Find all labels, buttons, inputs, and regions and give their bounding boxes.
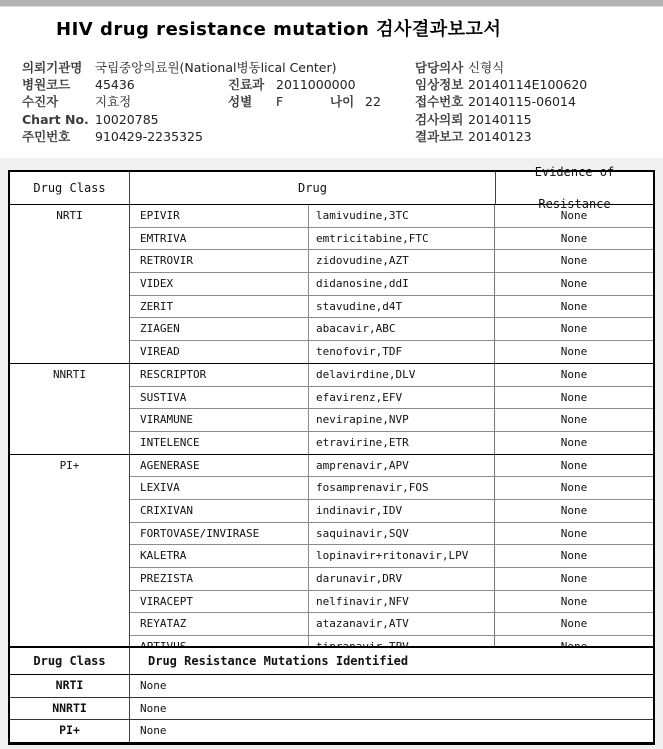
resident-no-value: 910429-2235325 bbox=[95, 129, 203, 145]
chart-no-label: Chart No. bbox=[22, 112, 89, 128]
table-row: LEXIVAfosamprenavir,FOSNone bbox=[130, 477, 653, 500]
evidence-cell: None bbox=[495, 500, 653, 522]
department-label: 진료과 bbox=[228, 77, 264, 93]
mutations-cell: None bbox=[130, 720, 653, 742]
test-requested-value: 20140115 bbox=[468, 112, 532, 128]
drug-class-cell: NNRTI bbox=[10, 698, 130, 720]
generic-name-cell: nelfinavir,NFV bbox=[309, 591, 495, 613]
window-top-bar bbox=[0, 0, 663, 7]
generic-name-cell: nevirapine,NVP bbox=[309, 409, 495, 431]
hospital-code-label: 병원코드 bbox=[22, 77, 70, 93]
brand-name-cell: PREZISTA bbox=[130, 568, 309, 590]
table-row: ZIAGENabacavir,ABCNone bbox=[130, 318, 653, 341]
sex-value: F bbox=[276, 94, 283, 110]
mutations-cell: None bbox=[130, 675, 653, 697]
header-mutations: Drug Resistance Mutations Identified bbox=[130, 648, 653, 674]
brand-name-cell: ZIAGEN bbox=[130, 318, 309, 340]
evidence-cell: None bbox=[495, 545, 653, 567]
department-value: 2011000000 bbox=[276, 77, 356, 93]
brand-name-cell: VIRAMUNE bbox=[130, 409, 309, 431]
drug-class-group: NNRTIRESCRIPTORdelavirdine,DLVNoneSUSTIV… bbox=[10, 364, 653, 455]
requesting-org-value: 국립중앙의료원(National병동lical Center) bbox=[95, 60, 337, 76]
brand-name-cell: CRIXIVAN bbox=[130, 500, 309, 522]
generic-name-cell: didanosine,ddI bbox=[309, 273, 495, 295]
drug-class-cell: NRTI bbox=[10, 205, 130, 363]
header-drug-class: Drug Class bbox=[10, 648, 130, 674]
table-row: AGENERASEamprenavir,APVNone bbox=[130, 455, 653, 478]
generic-name-cell: fosamprenavir,FOS bbox=[309, 477, 495, 499]
brand-name-cell: AGENERASE bbox=[130, 455, 309, 477]
generic-name-cell: etravirine,ETR bbox=[309, 432, 495, 454]
drug-rows: AGENERASEamprenavir,APVNoneLEXIVAfosampr… bbox=[130, 455, 653, 658]
brand-name-cell: KALETRA bbox=[130, 545, 309, 567]
age-value: 22 bbox=[365, 94, 381, 110]
age-label: 나이 bbox=[330, 94, 354, 110]
generic-name-cell: darunavir,DRV bbox=[309, 568, 495, 590]
mutations-table-header: Drug Class Drug Resistance Mutations Ide… bbox=[10, 648, 653, 675]
chart-no-value: 10020785 bbox=[95, 112, 159, 128]
resistance-table-header: Drug Class Drug Evidence of Resistance bbox=[10, 172, 653, 205]
generic-name-cell: amprenavir,APV bbox=[309, 455, 495, 477]
evidence-cell: None bbox=[495, 250, 653, 272]
evidence-cell: None bbox=[495, 591, 653, 613]
report-page: { "title": "HIV drug resistance mutation… bbox=[0, 0, 663, 749]
brand-name-cell: EPIVIR bbox=[130, 205, 309, 227]
evidence-cell: None bbox=[495, 205, 653, 227]
table-row: KALETRAlopinavir+ritonavir,LPVNone bbox=[130, 545, 653, 568]
clinical-info-value: 20140114E100620 bbox=[468, 77, 587, 93]
doctor-value: 신형식 bbox=[468, 60, 504, 76]
evidence-cell: None bbox=[495, 523, 653, 545]
table-row: VIREADtenofovir,TDFNone bbox=[130, 341, 653, 363]
page-title: HIV drug resistance mutation 검사결과보고서 bbox=[56, 15, 616, 41]
mutations-table: Drug Class Drug Resistance Mutations Ide… bbox=[8, 646, 655, 745]
evidence-cell: None bbox=[495, 296, 653, 318]
brand-name-cell: LEXIVA bbox=[130, 477, 309, 499]
table-row: PREZISTAdarunavir,DRVNone bbox=[130, 568, 653, 591]
evidence-cell: None bbox=[495, 568, 653, 590]
patient-name-value: 지효정 bbox=[95, 94, 131, 110]
generic-name-cell: zidovudine,AZT bbox=[309, 250, 495, 272]
brand-name-cell: FORTOVASE/INVIRASE bbox=[130, 523, 309, 545]
evidence-cell: None bbox=[495, 364, 653, 386]
evidence-cell: None bbox=[495, 477, 653, 499]
hospital-code-value: 45436 bbox=[95, 77, 135, 93]
header-drug-class: Drug Class bbox=[10, 172, 130, 204]
table-row: CRIXIVANindinavir,IDVNone bbox=[130, 500, 653, 523]
brand-name-cell: ZERIT bbox=[130, 296, 309, 318]
evidence-cell: None bbox=[495, 318, 653, 340]
table-row: VIRAMUNEnevirapine,NVPNone bbox=[130, 409, 653, 432]
drug-class-group: NRTIEPIVIRlamivudine,3TCNoneEMTRIVAemtri… bbox=[10, 205, 653, 364]
drug-rows: EPIVIRlamivudine,3TCNoneEMTRIVAemtricita… bbox=[130, 205, 653, 363]
drug-class-cell: PI+ bbox=[10, 720, 130, 742]
table-row: ZERITstavudine,d4TNone bbox=[130, 296, 653, 319]
generic-name-cell: stavudine,d4T bbox=[309, 296, 495, 318]
table-row: NRTINone bbox=[10, 675, 653, 698]
table-row: EPIVIRlamivudine,3TCNone bbox=[130, 205, 653, 228]
requesting-org-label: 의뢰기관명 bbox=[22, 60, 82, 76]
header-drug: Drug bbox=[130, 172, 496, 204]
brand-name-cell: REYATAZ bbox=[130, 613, 309, 635]
evidence-cell: None bbox=[495, 341, 653, 363]
brand-name-cell: VIRACEPT bbox=[130, 591, 309, 613]
brand-name-cell: VIDEX bbox=[130, 273, 309, 295]
evidence-cell: None bbox=[495, 387, 653, 409]
generic-name-cell: emtricitabine,FTC bbox=[309, 228, 495, 250]
sex-label: 성별 bbox=[228, 94, 252, 110]
table-row: VIRACEPTnelfinavir,NFVNone bbox=[130, 591, 653, 614]
brand-name-cell: INTELENCE bbox=[130, 432, 309, 454]
brand-name-cell: VIREAD bbox=[130, 341, 309, 363]
generic-name-cell: lamivudine,3TC bbox=[309, 205, 495, 227]
table-row: FORTOVASE/INVIRASEsaquinavir,SQVNone bbox=[130, 523, 653, 546]
result-reported-label: 결과보고 bbox=[415, 129, 463, 145]
generic-name-cell: atazanavir,ATV bbox=[309, 613, 495, 635]
drug-class-cell: NNRTI bbox=[10, 364, 130, 454]
table-row: NNRTINone bbox=[10, 698, 653, 721]
generic-name-cell: saquinavir,SQV bbox=[309, 523, 495, 545]
table-row: RETROVIRzidovudine,AZTNone bbox=[130, 250, 653, 273]
generic-name-cell: tenofovir,TDF bbox=[309, 341, 495, 363]
brand-name-cell: RESCRIPTOR bbox=[130, 364, 309, 386]
doctor-label: 담당의사 bbox=[415, 60, 463, 76]
generic-name-cell: abacavir,ABC bbox=[309, 318, 495, 340]
table-row: VIDEXdidanosine,ddINone bbox=[130, 273, 653, 296]
resistance-table-body: NRTIEPIVIRlamivudine,3TCNoneEMTRIVAemtri… bbox=[10, 205, 653, 658]
generic-name-cell: lopinavir+ritonavir,LPV bbox=[309, 545, 495, 567]
generic-name-cell: indinavir,IDV bbox=[309, 500, 495, 522]
drug-class-cell: PI+ bbox=[10, 455, 130, 658]
table-row: EMTRIVAemtricitabine,FTCNone bbox=[130, 228, 653, 251]
clinical-info-label: 임상정보 bbox=[415, 77, 463, 93]
generic-name-cell: efavirenz,EFV bbox=[309, 387, 495, 409]
evidence-cell: None bbox=[495, 613, 653, 635]
drug-rows: RESCRIPTORdelavirdine,DLVNoneSUSTIVAefav… bbox=[130, 364, 653, 454]
table-row: RESCRIPTORdelavirdine,DLVNone bbox=[130, 364, 653, 387]
evidence-cell: None bbox=[495, 409, 653, 431]
drug-class-group: PI+AGENERASEamprenavir,APVNoneLEXIVAfosa… bbox=[10, 455, 653, 658]
accession-no-value: 20140115-06014 bbox=[468, 94, 576, 110]
evidence-cell: None bbox=[495, 273, 653, 295]
result-reported-value: 20140123 bbox=[468, 129, 532, 145]
table-row: REYATAZatazanavir,ATVNone bbox=[130, 613, 653, 636]
table-row: SUSTIVAefavirenz,EFVNone bbox=[130, 387, 653, 410]
evidence-cell: None bbox=[495, 432, 653, 454]
patient-name-label: 수진자 bbox=[22, 94, 58, 110]
generic-name-cell: delavirdine,DLV bbox=[309, 364, 495, 386]
brand-name-cell: EMTRIVA bbox=[130, 228, 309, 250]
test-requested-label: 검사의뢰 bbox=[415, 112, 463, 128]
table-row: PI+None bbox=[10, 720, 653, 742]
mutations-cell: None bbox=[130, 698, 653, 720]
mutations-table-body: NRTINoneNNRTINonePI+None bbox=[10, 675, 653, 742]
evidence-cell: None bbox=[495, 228, 653, 250]
brand-name-cell: RETROVIR bbox=[130, 250, 309, 272]
drug-class-cell: NRTI bbox=[10, 675, 130, 697]
resident-no-label: 주민번호 bbox=[22, 129, 70, 145]
brand-name-cell: SUSTIVA bbox=[130, 387, 309, 409]
resistance-table: Drug Class Drug Evidence of Resistance N… bbox=[8, 170, 655, 660]
evidence-cell: None bbox=[495, 455, 653, 477]
accession-no-label: 접수번호 bbox=[415, 94, 463, 110]
table-row: INTELENCEetravirine,ETRNone bbox=[130, 432, 653, 454]
